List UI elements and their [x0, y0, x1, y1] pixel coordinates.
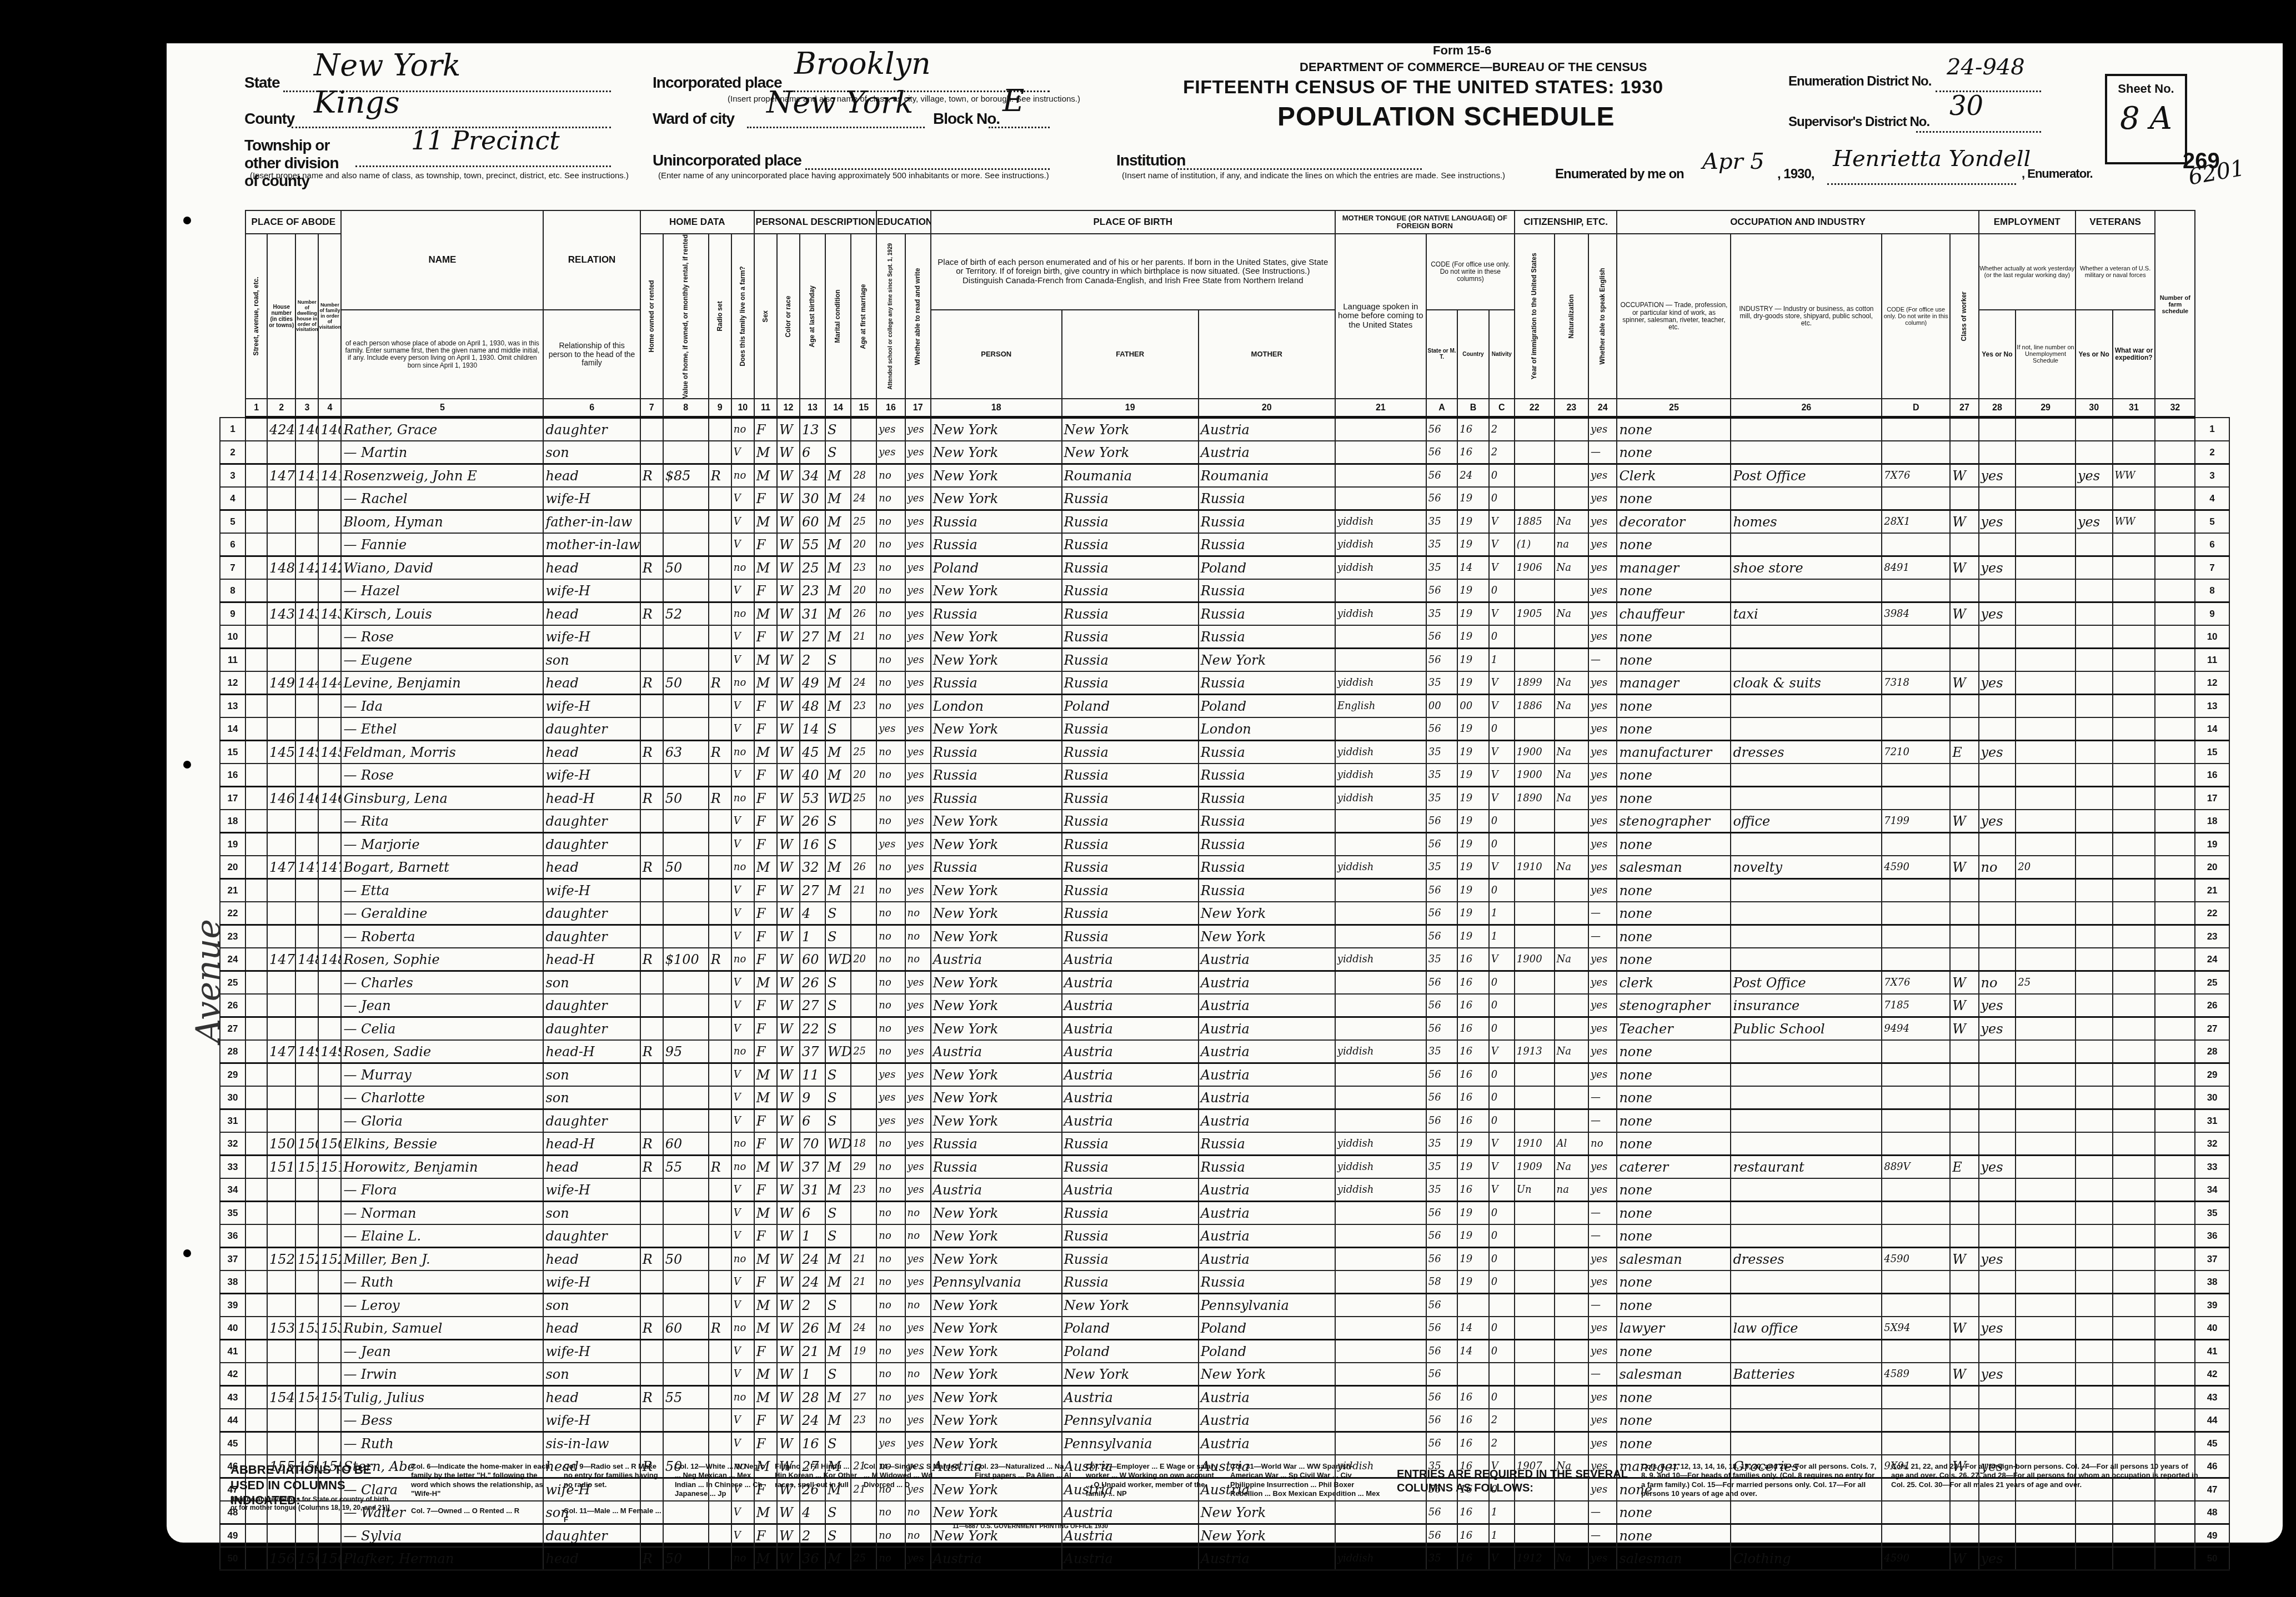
cell-family: 146	[318, 787, 341, 810]
column-number: 32	[2155, 399, 2195, 418]
cell-race: W	[777, 1202, 800, 1225]
cell-codeB: 19	[1457, 856, 1488, 879]
abbrev-col27: Col. 27—Employer ... E Wage or salary wo…	[1086, 1462, 1219, 1498]
cell-race: W	[777, 1063, 800, 1087]
cell-marital: S	[825, 418, 851, 441]
table-row: 27— CeliadaughterVFW22SnoyesNew YorkAust…	[220, 1017, 2229, 1041]
cell-owned: R	[640, 602, 663, 626]
cell-at-work: yes	[1979, 510, 2016, 534]
line-number: 44	[220, 1409, 245, 1432]
cell-radio	[709, 810, 731, 833]
cell-english: yes	[1588, 1156, 1617, 1179]
column-number: 12	[777, 399, 800, 418]
cell-codeD	[1882, 1178, 1950, 1202]
cell-natur	[1555, 1432, 1589, 1455]
cell-codeB: 19	[1457, 533, 1488, 556]
cell-codeA: 56	[1426, 879, 1457, 902]
cell-immig	[1515, 1294, 1555, 1317]
cell-worker-class	[1950, 649, 1978, 672]
cell-name: Bloom, Hyman	[341, 510, 543, 534]
cell-relation: son	[543, 1063, 640, 1087]
cell-codeA: 56	[1426, 418, 1457, 441]
cell-at-work: yes	[1979, 1317, 2016, 1340]
cell-immig	[1515, 810, 1555, 833]
cell-sex: M	[754, 1202, 777, 1225]
cell-immig	[1515, 487, 1555, 510]
cell-family: 147	[318, 856, 341, 879]
cell-farm-sched	[2155, 787, 2195, 810]
line-number-right: 13	[2195, 695, 2229, 718]
cell-dwelling	[295, 649, 318, 672]
cell-natur	[1555, 625, 1589, 649]
table-row: 3147141141Rosenzweig, John EheadR$85RnoM…	[220, 464, 2229, 488]
cell-occupation: stenographer	[1617, 810, 1731, 833]
cell-codeB: 19	[1457, 579, 1488, 602]
cell-codeA: 35	[1426, 948, 1457, 971]
cell-age-marriage	[851, 1501, 876, 1524]
cell-school: no	[876, 1340, 905, 1363]
cell-race: W	[777, 510, 800, 534]
cell-father: Russia	[1062, 579, 1199, 602]
cell-father: New York	[1062, 1294, 1199, 1317]
cell-dwelling	[295, 833, 318, 856]
cell-name: — Norman	[341, 1202, 543, 1225]
cell-mother: Austria	[1199, 1432, 1335, 1455]
header-c32: Number of farm schedule	[2155, 210, 2195, 399]
cell-war	[2113, 579, 2155, 602]
cell-codeB: 19	[1457, 671, 1488, 695]
cell-veteran	[2076, 487, 2113, 510]
cell-owned: R	[640, 1386, 663, 1409]
cell-relation: head-H	[543, 1040, 640, 1063]
table-row: 18— RitadaughterVFW26SnoyesNew YorkRussi…	[220, 810, 2229, 833]
cell-codeC: V	[1489, 741, 1515, 764]
cell-family	[318, 810, 341, 833]
cell-unemp-line	[2016, 994, 2076, 1017]
cell-natur	[1555, 1224, 1589, 1248]
cell-codeA: 35	[1426, 510, 1457, 534]
cell-age-marriage	[851, 441, 876, 464]
cell-immig	[1515, 971, 1555, 995]
cell-read: yes	[905, 533, 931, 556]
cell-codeC: V	[1489, 1132, 1515, 1156]
cell-natur	[1555, 1248, 1589, 1271]
cell-natur: na	[1555, 1178, 1589, 1202]
line-number: 42	[220, 1363, 245, 1386]
cell-age: 26	[800, 1317, 825, 1340]
cell-worker-class	[1950, 1270, 1978, 1294]
cell-street	[245, 487, 267, 510]
column-number: 25	[1617, 399, 1731, 418]
cell-value	[663, 1432, 709, 1455]
cell-age-marriage	[851, 1524, 876, 1548]
cell-relation: daughter	[543, 1224, 640, 1248]
cell-english: yes	[1588, 833, 1617, 856]
cell-marital: M	[825, 487, 851, 510]
cell-dwelling: 144	[295, 671, 318, 695]
table-row: 12149144144Levine, BenjaminheadR50RnoMW4…	[220, 671, 2229, 695]
cell-immig	[1515, 879, 1555, 902]
column-number: 20	[1199, 399, 1335, 418]
group-abode: PLACE OF ABODE	[245, 210, 341, 234]
cell-immig	[1515, 464, 1555, 488]
cell-industry	[1731, 1178, 1882, 1202]
cell-radio	[709, 695, 731, 718]
cell-unemp-line	[2016, 533, 2076, 556]
cell-worker-class	[1950, 925, 1978, 948]
group-citizenship: CITIZENSHIP, ETC.	[1515, 210, 1617, 234]
table-row: 1424140140Rather, GracedaughternoFW13Sye…	[220, 418, 2229, 441]
cell-race: W	[777, 741, 800, 764]
cell-veteran	[2076, 1086, 2113, 1109]
cell-tongue	[1335, 1063, 1426, 1087]
cell-radio: R	[709, 1156, 731, 1179]
cell-mother: Austria	[1199, 1409, 1335, 1432]
cell-english: yes	[1588, 1178, 1617, 1202]
cell-farm-sched	[2155, 418, 2195, 441]
cell-read: yes	[905, 971, 931, 995]
cell-codeA: 56	[1426, 1409, 1457, 1432]
cell-codeB: 19	[1457, 625, 1488, 649]
cell-farm: V	[731, 1432, 754, 1455]
cell-worker-class	[1950, 1501, 1978, 1524]
cell-birth: New York	[931, 418, 1062, 441]
cell-farm: V	[731, 902, 754, 925]
cell-codeB: 16	[1457, 1432, 1488, 1455]
cell-unemp-line	[2016, 1363, 2076, 1386]
cell-veteran	[2076, 1040, 2113, 1063]
line-number-right: 31	[2195, 1109, 2229, 1133]
cell-relation: wife-H	[543, 625, 640, 649]
cell-war: WW	[2113, 510, 2155, 534]
cell-industry: Post Office	[1731, 971, 1882, 995]
cell-immig: 1899	[1515, 671, 1555, 695]
cell-occupation: none	[1617, 925, 1731, 948]
cell-house: 424	[267, 418, 295, 441]
cell-name: — Ruth	[341, 1270, 543, 1294]
cell-read: no	[905, 948, 931, 971]
cell-father: Austria	[1062, 1086, 1199, 1109]
cell-name: — Roberta	[341, 925, 543, 948]
cell-at-work	[1979, 1132, 2016, 1156]
cell-at-work	[1979, 1224, 2016, 1248]
cell-age-marriage: 19	[851, 1340, 876, 1363]
cell-at-work	[1979, 487, 2016, 510]
cell-sex: F	[754, 1178, 777, 1202]
cell-sex: M	[754, 649, 777, 672]
cell-birth: New York	[931, 1432, 1062, 1455]
cell-race: W	[777, 602, 800, 626]
cell-name: — Celia	[341, 1017, 543, 1041]
cell-codeB: 00	[1457, 695, 1488, 718]
cell-codeD	[1882, 925, 1950, 948]
cell-mother: Russia	[1199, 1156, 1335, 1179]
cell-worker-class	[1950, 533, 1978, 556]
cell-house	[267, 441, 295, 464]
cell-race: W	[777, 1017, 800, 1041]
cell-occupation: none	[1617, 833, 1731, 856]
cell-occupation: none	[1617, 1270, 1731, 1294]
line-number-right: 26	[2195, 994, 2229, 1017]
cell-name: — Rachel	[341, 487, 543, 510]
cell-age: 36	[800, 1547, 825, 1570]
cell-dwelling	[295, 1202, 318, 1225]
column-number: 17	[905, 399, 931, 418]
cell-farm-sched	[2155, 602, 2195, 626]
cell-owned	[640, 1432, 663, 1455]
cell-unemp-line	[2016, 741, 2076, 764]
table-row: 19— MarjoriedaughterVFW16SyesyesNew York…	[220, 833, 2229, 856]
abbrev-col9: Col. 9—Radio set .. R Make no entry for …	[564, 1462, 664, 1489]
cell-mother: Pennsylvania	[1199, 1294, 1335, 1317]
cell-codeB: 19	[1457, 649, 1488, 672]
ward-value: New York	[766, 85, 914, 120]
cell-english: —	[1588, 441, 1617, 464]
cell-tongue: yiddish	[1335, 1156, 1426, 1179]
cell-codeA: 56	[1426, 464, 1457, 488]
cell-war	[2113, 1524, 2155, 1548]
cell-family	[318, 533, 341, 556]
cell-war	[2113, 1040, 2155, 1063]
cell-race: W	[777, 1224, 800, 1248]
cell-age-marriage: 29	[851, 1156, 876, 1179]
cell-age-marriage: 24	[851, 671, 876, 695]
cell-occupation: salesman	[1617, 856, 1731, 879]
line-number: 30	[220, 1086, 245, 1109]
cell-sex: M	[754, 856, 777, 879]
cell-school: no	[876, 1017, 905, 1041]
cell-father: Pennsylvania	[1062, 1432, 1199, 1455]
cell-house	[267, 625, 295, 649]
cell-age: 24	[800, 1248, 825, 1271]
cell-age: 28	[800, 1386, 825, 1409]
cell-english: yes	[1588, 971, 1617, 995]
cell-sex: F	[754, 1524, 777, 1548]
cell-at-work	[1979, 1386, 2016, 1409]
cell-family	[318, 1409, 341, 1432]
cell-age: 45	[800, 741, 825, 764]
cell-race: W	[777, 625, 800, 649]
cell-english: yes	[1588, 695, 1617, 718]
line-number-right: 22	[2195, 902, 2229, 925]
cell-industry	[1731, 1294, 1882, 1317]
table-row: 15145145145Feldman, MorrisheadR63RnoMW45…	[220, 741, 2229, 764]
line-number: 20	[220, 856, 245, 879]
cell-read: yes	[905, 510, 931, 534]
cell-war	[2113, 533, 2155, 556]
cell-occupation: none	[1617, 533, 1731, 556]
cell-codeC: 0	[1489, 1340, 1515, 1363]
cell-school: yes	[876, 418, 905, 441]
cell-english: —	[1588, 1202, 1617, 1225]
cell-codeA: 56	[1426, 717, 1457, 741]
table-row: 20147147147Bogart, BarnettheadR50noMW32M…	[220, 856, 2229, 879]
cell-codeA: 35	[1426, 1547, 1457, 1570]
cell-read: yes	[905, 418, 931, 441]
cell-codeB: 16	[1457, 1086, 1488, 1109]
cell-dwelling: 156	[295, 1547, 318, 1570]
cell-relation: son	[543, 1086, 640, 1109]
supervisor-value: 30	[1949, 91, 1983, 122]
cell-marital: S	[825, 833, 851, 856]
cell-tongue	[1335, 1109, 1426, 1133]
cell-school: no	[876, 1156, 905, 1179]
cell-natur: Na	[1555, 671, 1589, 695]
cell-sex: M	[754, 1248, 777, 1271]
cell-codeC: V	[1489, 533, 1515, 556]
cell-radio	[709, 556, 731, 580]
cell-marital: S	[825, 1086, 851, 1109]
cell-street	[245, 1386, 267, 1409]
cell-codeA: 56	[1426, 833, 1457, 856]
table-row: 31— GloriadaughterVFW6SyesyesNew YorkAus…	[220, 1109, 2229, 1133]
cell-father: Austria	[1062, 1501, 1199, 1524]
cell-codeB: 19	[1457, 925, 1488, 948]
column-number: 5	[341, 399, 543, 418]
cell-immig: 1900	[1515, 764, 1555, 787]
line-number: 32	[220, 1132, 245, 1156]
cell-tongue	[1335, 441, 1426, 464]
cell-codeB: 19	[1457, 487, 1488, 510]
cell-at-work	[1979, 1109, 2016, 1133]
cell-read: no	[905, 1202, 931, 1225]
cell-birth: Austria	[931, 1178, 1062, 1202]
cell-natur	[1555, 649, 1589, 672]
cell-english: yes	[1588, 948, 1617, 971]
cell-owned	[640, 1409, 663, 1432]
cell-industry	[1731, 1270, 1882, 1294]
cell-farm-sched	[2155, 1524, 2195, 1548]
cell-dwelling	[295, 971, 318, 995]
cell-race: W	[777, 1294, 800, 1317]
column-number: 31	[2113, 399, 2155, 418]
line-number: 33	[220, 1156, 245, 1179]
cell-house	[267, 1202, 295, 1225]
cell-farm: V	[731, 579, 754, 602]
population-table: PLACE OF ABODE NAME RELATION HOME DATA P…	[219, 210, 2230, 1571]
cell-race: W	[777, 1040, 800, 1063]
cell-at-work: yes	[1979, 1017, 2016, 1041]
cell-sex: F	[754, 418, 777, 441]
column-number: 30	[2076, 399, 2113, 418]
cell-dwelling	[295, 579, 318, 602]
line-number-right: 2	[2195, 441, 2229, 464]
cell-unemp-line	[2016, 810, 2076, 833]
cell-age-marriage: 20	[851, 764, 876, 787]
cell-english: yes	[1588, 1040, 1617, 1063]
cell-radio: R	[709, 948, 731, 971]
cell-farm-sched	[2155, 1317, 2195, 1340]
incorporated-label: Incorporated place	[653, 74, 782, 92]
cell-dwelling	[295, 1524, 318, 1548]
cell-read: yes	[905, 1086, 931, 1109]
cell-occupation: decorator	[1617, 510, 1731, 534]
cell-family: 148	[318, 948, 341, 971]
cell-school: no	[876, 741, 905, 764]
cell-race: W	[777, 1386, 800, 1409]
cell-codeA: 56	[1426, 971, 1457, 995]
cell-race: W	[777, 1363, 800, 1386]
cell-farm-sched	[2155, 1248, 2195, 1271]
cell-marital: M	[825, 464, 851, 488]
cell-street	[245, 602, 267, 626]
cell-relation: father-in-law	[543, 510, 640, 534]
cell-marital: M	[825, 1386, 851, 1409]
cell-immig	[1515, 1270, 1555, 1294]
cell-owned	[640, 717, 663, 741]
cell-codeB: 19	[1457, 1224, 1488, 1248]
cell-owned	[640, 1202, 663, 1225]
cell-codeD: 7X76	[1882, 464, 1950, 488]
cell-age: 27	[800, 625, 825, 649]
cell-school: no	[876, 856, 905, 879]
cell-birth: New York	[931, 1086, 1062, 1109]
cell-family	[318, 994, 341, 1017]
cell-mother: Austria	[1199, 1063, 1335, 1087]
cell-unemp-line	[2016, 1040, 2076, 1063]
cell-marital: S	[825, 1432, 851, 1455]
cell-immig	[1515, 1224, 1555, 1248]
line-number: 21	[220, 879, 245, 902]
cell-marital: M	[825, 1409, 851, 1432]
cell-farm-sched	[2155, 1363, 2195, 1386]
table-row: 26— JeandaughterVFW27SnoyesNew YorkAustr…	[220, 994, 2229, 1017]
cell-veteran	[2076, 902, 2113, 925]
cell-value	[663, 879, 709, 902]
cell-birth: Russia	[931, 1132, 1062, 1156]
cell-sex: M	[754, 510, 777, 534]
cell-codeD: 7X76	[1882, 971, 1950, 995]
form-number: Form 15-6	[1433, 43, 1491, 58]
cell-street	[245, 1224, 267, 1248]
cell-natur	[1555, 441, 1589, 464]
table-row: 29— MurraysonVMW11SyesyesNew YorkAustria…	[220, 1063, 2229, 1087]
cell-industry: insurance	[1731, 994, 1882, 1017]
cell-codeA: 56	[1426, 625, 1457, 649]
cell-read: yes	[905, 1109, 931, 1133]
cell-codeB: 19	[1457, 1270, 1488, 1294]
cell-school: no	[876, 464, 905, 488]
supervisor-label: Supervisor's District No.	[1788, 114, 1929, 130]
cell-birth: Russia	[931, 787, 1062, 810]
cell-radio	[709, 1202, 731, 1225]
cell-school: yes	[876, 1063, 905, 1087]
cell-farm: V	[731, 487, 754, 510]
header-c15: Age at first marriage	[851, 234, 876, 399]
cell-family	[318, 1202, 341, 1225]
cell-house	[267, 879, 295, 902]
cell-read: yes	[905, 1017, 931, 1041]
cell-tongue	[1335, 1248, 1426, 1271]
cell-codeD: 8491	[1882, 556, 1950, 580]
cell-race: W	[777, 1409, 800, 1432]
cell-street	[245, 1363, 267, 1386]
cell-worker-class	[1950, 1409, 1978, 1432]
cell-family: 144	[318, 671, 341, 695]
cell-dwelling: 149	[295, 1040, 318, 1063]
cell-radio	[709, 717, 731, 741]
cell-farm-sched	[2155, 879, 2195, 902]
cell-relation: son	[543, 441, 640, 464]
cell-veteran	[2076, 787, 2113, 810]
cell-codeC: 0	[1489, 1202, 1515, 1225]
cell-race: W	[777, 1432, 800, 1455]
cell-natur	[1555, 1524, 1589, 1548]
cell-natur	[1555, 1386, 1589, 1409]
cell-house	[267, 1432, 295, 1455]
cell-name: — Jean	[341, 1340, 543, 1363]
cell-at-work: yes	[1979, 602, 2016, 626]
